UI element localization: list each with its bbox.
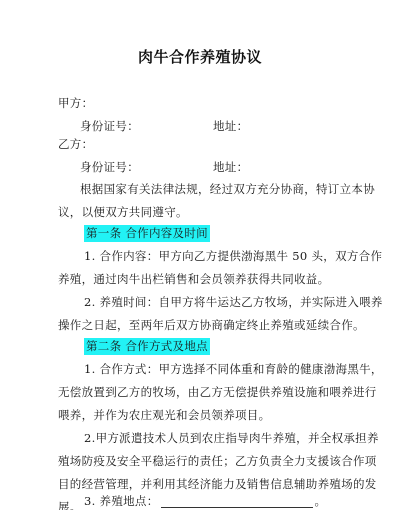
article-2-item-1-line-1: 1. 合作方式：甲方选择不同体重和育龄的健康渤海黑牛， bbox=[84, 362, 383, 376]
article-2-item-2-line-2: 殖场防疫及安全平稳运行的责任；乙方负责全力支援该合作项 bbox=[58, 454, 377, 468]
article-2-heading: 第二条 合作方式及地点 bbox=[84, 339, 210, 353]
party-b-id-label: 身份证号： bbox=[80, 160, 139, 174]
article-2-item-2-line-4: 展。 bbox=[58, 500, 82, 510]
party-a-address-label: 地址： bbox=[213, 119, 248, 133]
article-2-item-3: 3. 养殖地点：。 bbox=[84, 494, 326, 508]
breeding-location-blank[interactable] bbox=[161, 496, 313, 508]
party-a-label: 甲方： bbox=[58, 96, 93, 110]
article-1-item-2-line-1: 2. 养殖时间：自甲方将牛运达乙方牧场，并实际进入喂养 bbox=[84, 295, 383, 309]
article-1-item-1-line-1: 1. 合作内容：甲方向乙方提供渤海黑牛 50 头，双方合作 bbox=[84, 249, 382, 263]
article-1-item-1-line-2: 养殖，通过肉牛出栏销售和会员领养获得共同收益。 bbox=[58, 272, 329, 286]
document-page: 肉牛合作养殖协议 甲方： 身份证号： 地址： 乙方： 身份证号： 地址： 根据国… bbox=[0, 0, 400, 510]
article-2-item-2-line-3: 目的经营管理，并利用其经济能力及销售信息辅助养殖场的发 bbox=[58, 477, 377, 491]
breeding-location-suffix: 。 bbox=[315, 494, 327, 508]
preamble-line-1: 根据国家有关法律法规，经过双方充分协商，特订立本协 bbox=[80, 182, 375, 196]
article-2-item-1-line-2: 无偿放置到乙方的牧场，由乙方无偿提供养殖设施和喂养进行 bbox=[58, 385, 377, 399]
document-title: 肉牛合作养殖协议 bbox=[0, 46, 400, 67]
party-b-label: 乙方： bbox=[58, 137, 93, 151]
article-1-heading: 第一条 合作内容及时间 bbox=[84, 226, 210, 240]
breeding-location-label: 3. 养殖地点： bbox=[84, 494, 159, 508]
party-b-address-label: 地址： bbox=[213, 160, 248, 174]
article-2-heading-text: 第二条 合作方式及地点 bbox=[84, 338, 210, 355]
party-a-id-label: 身份证号： bbox=[80, 119, 139, 133]
article-1-item-2-line-2: 操作之日起，至两年后双方协商确定终止养殖或延续合作。 bbox=[58, 318, 365, 332]
preamble-line-2: 议，以便双方共同遵守。 bbox=[58, 205, 188, 219]
article-2-item-1-line-3: 喂养，并作为农庄观光和会员领养项目。 bbox=[58, 408, 270, 422]
article-2-item-2-line-1: 2.甲方派遣技术人员到农庄指导肉牛养殖，并全权承担养 bbox=[84, 431, 379, 445]
article-1-heading-text: 第一条 合作内容及时间 bbox=[84, 225, 210, 242]
